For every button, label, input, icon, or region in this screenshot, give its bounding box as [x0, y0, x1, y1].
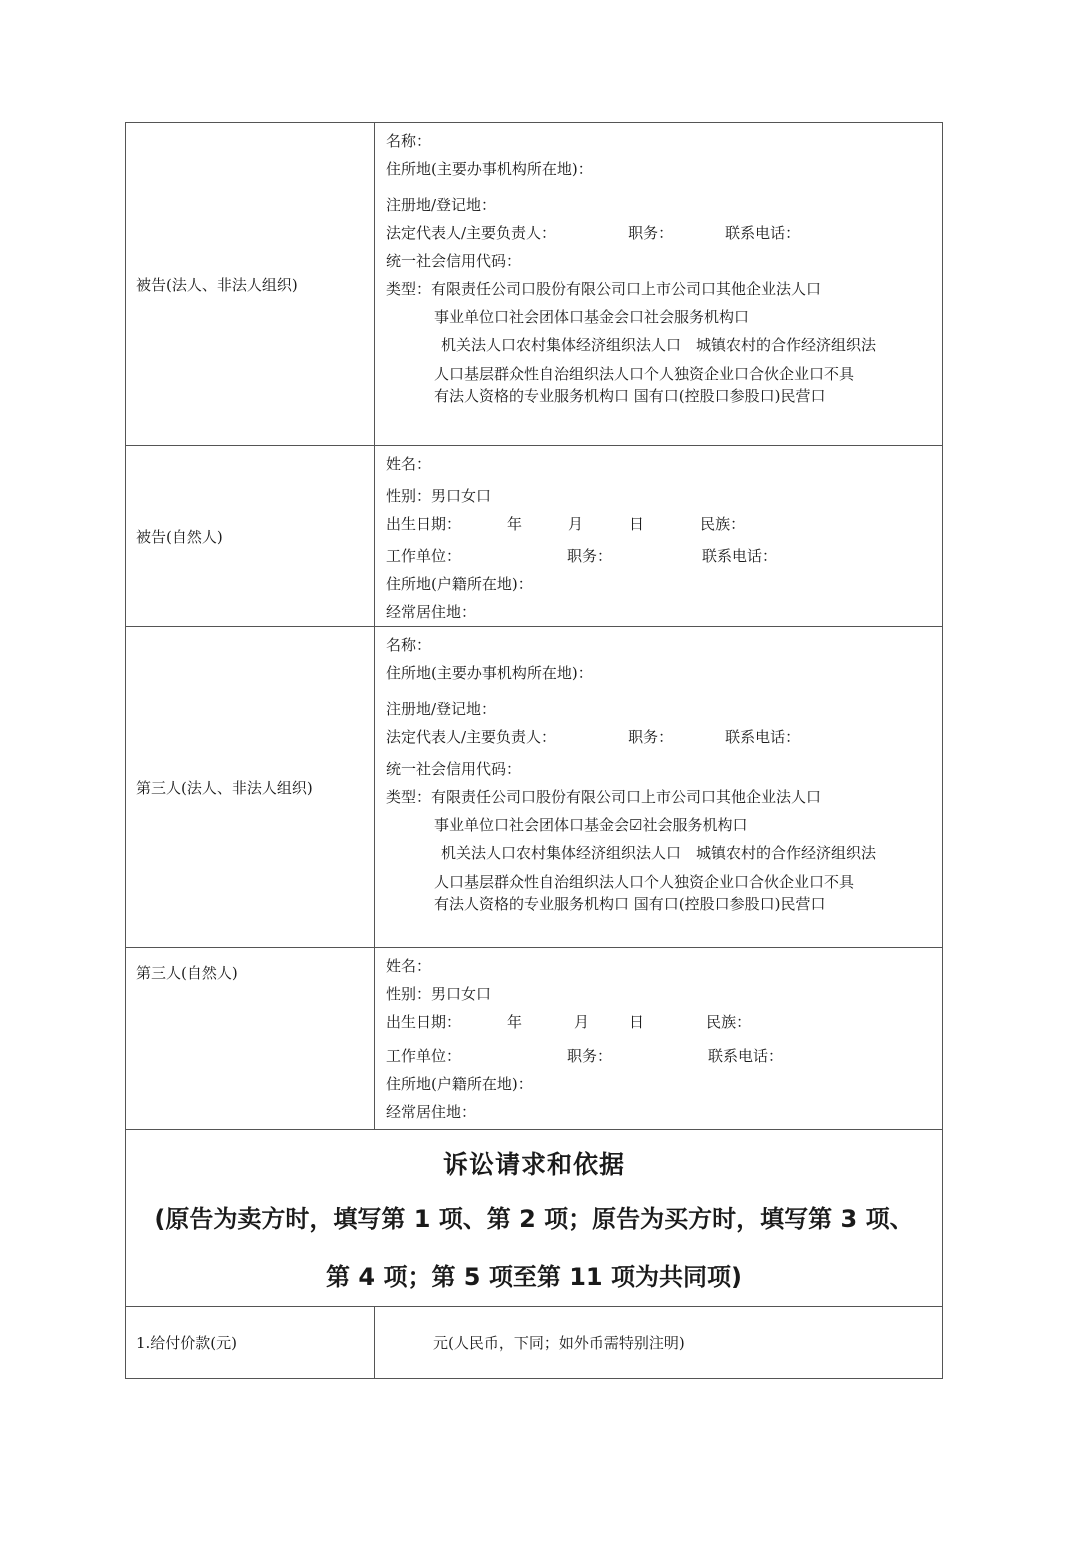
day-label: 日: [629, 515, 644, 533]
domicile-field[interactable]: 住所地(户籍所在地)：: [386, 570, 942, 598]
birth-line: 出生日期：年月日民族：: [386, 1008, 942, 1042]
type-line-3[interactable]: 机关法人口农村集体经济组织法人口 城镇农村的合作经济组织法: [386, 331, 942, 359]
birth-line: 出生日期：年月日民族：: [386, 510, 942, 542]
defendant-org-label: 被告(法人、非法人组织): [126, 123, 375, 446]
ethnicity-field[interactable]: 民族：: [700, 515, 745, 533]
type-line-3[interactable]: 机关法人口农村集体经济组织法人口 城镇农村的合作经济组织法: [386, 839, 942, 867]
credit-code-field[interactable]: 统一社会信用代码：: [386, 755, 942, 783]
claims-heading-cell: 诉讼请求和依据 (原告为卖方时，填写第 1 项、第 2 项；原告为买方时，填写第…: [126, 1130, 943, 1307]
legal-rep-line: 法定代表人/主要负责人：职务：联系电话：: [386, 219, 942, 247]
birth-field[interactable]: 出生日期：: [386, 1013, 461, 1031]
day-label: 日: [629, 1013, 644, 1031]
type-line-2[interactable]: 事业单位口社会团体口基金会口社会服务机构口: [386, 303, 942, 331]
item-1-label: 1.给付价款(元): [126, 1307, 375, 1379]
type-line-2-part-b[interactable]: 社会服务机构口: [642, 816, 747, 834]
third-person-row: 第三人(自然人) 姓名： 性别：男口女口 出生日期：年月日民族： 工作单位：职务…: [126, 948, 943, 1130]
defendant-org-row: 被告(法人、非法人组织) 名称： 住所地(主要办事机构所在地)： 注册地/登记地…: [126, 123, 943, 446]
defendant-person-label: 被告(自然人): [126, 446, 375, 627]
third-org-label: 第三人(法人、非法人组织): [126, 627, 375, 948]
social-service-checkbox-checked-icon[interactable]: ☑: [629, 816, 642, 834]
employer-line: 工作单位：职务：联系电话：: [386, 1042, 942, 1070]
month-label: 月: [574, 1013, 589, 1031]
name-field[interactable]: 名称：: [386, 127, 942, 155]
registration-field[interactable]: 注册地/登记地：: [386, 191, 942, 219]
defendant-person-fields: 姓名： 性别：男口女口 出生日期：年月日民族： 工作单位：职务：联系电话： 住所…: [375, 446, 943, 627]
item-1-row: 1.给付价款(元) 元(人民币，下同；如外币需特别注明): [126, 1307, 943, 1379]
year-label: 年: [507, 1013, 522, 1031]
year-label: 年: [507, 515, 522, 533]
claims-subtitle-line-1: (原告为卖方时，填写第 1 项、第 2 项；原告为买方时，填写第 3 项、: [126, 1190, 942, 1248]
type-line-5[interactable]: 有法人资格的专业服务机构口 国有口(控股口参股口)民营口: [386, 893, 942, 915]
claims-title: 诉讼请求和依据: [126, 1130, 942, 1190]
phone-field[interactable]: 联系电话：: [725, 224, 800, 242]
gender-field[interactable]: 性别：男口女口: [386, 980, 942, 1008]
position-field[interactable]: 职务：: [628, 224, 673, 242]
claims-heading-row: 诉讼请求和依据 (原告为卖方时，填写第 1 项、第 2 项；原告为买方时，填写第…: [126, 1130, 943, 1307]
phone-field[interactable]: 联系电话：: [725, 728, 800, 746]
domicile-field[interactable]: 住所地(主要办事机构所在地)：: [386, 155, 942, 191]
employer-field[interactable]: 工作单位：: [386, 547, 461, 565]
third-org-row: 第三人(法人、非法人组织) 名称： 住所地(主要办事机构所在地)： 注册地/登记…: [126, 627, 943, 948]
type-line-4[interactable]: 人口基层群众性自治组织法人口个人独资企业口合伙企业口不具: [386, 871, 942, 893]
residence-field[interactable]: 经常居住地：: [386, 1098, 942, 1126]
gender-field[interactable]: 性别：男口女口: [386, 482, 942, 510]
registration-field[interactable]: 注册地/登记地：: [386, 695, 942, 723]
type-line-2-part-a[interactable]: 事业单位口社会团体口基金会: [434, 816, 629, 834]
position-field[interactable]: 职务：: [628, 728, 673, 746]
name-field[interactable]: 姓名：: [386, 450, 942, 482]
name-field[interactable]: 名称：: [386, 631, 942, 659]
residence-field[interactable]: 经常居住地：: [386, 598, 942, 626]
domicile-field[interactable]: 住所地(户籍所在地)：: [386, 1070, 942, 1098]
domicile-field[interactable]: 住所地(主要办事机构所在地)：: [386, 659, 942, 695]
type-line-4[interactable]: 人口基层群众性自治组织法人口个人独资企业口合伙企业口不具: [386, 363, 942, 385]
type-line-1[interactable]: 类型：有限责任公司口股份有限公司口上市公司口其他企业法人口: [386, 275, 942, 303]
item-1-value-field[interactable]: 元(人民币，下同；如外币需特别注明): [375, 1307, 943, 1379]
type-line-2: 事业单位口社会团体口基金会☑社会服务机构口: [386, 811, 942, 839]
position-field[interactable]: 职务：: [567, 547, 612, 565]
phone-field[interactable]: 联系电话：: [708, 1047, 783, 1065]
employer-field[interactable]: 工作单位：: [386, 1047, 461, 1065]
legal-rep-line: 法定代表人/主要负责人：职务：联系电话：: [386, 723, 942, 755]
ethnicity-field[interactable]: 民族：: [706, 1013, 751, 1031]
type-line-5[interactable]: 有法人资格的专业服务机构口 国有口(控股口参股口)民营口: [386, 385, 942, 407]
name-field[interactable]: 姓名：: [386, 952, 942, 980]
birth-field[interactable]: 出生日期：: [386, 515, 461, 533]
type-line-1[interactable]: 类型：有限责任公司口股份有限公司口上市公司口其他企业法人口: [386, 783, 942, 811]
defendant-person-row: 被告(自然人) 姓名： 性别：男口女口 出生日期：年月日民族： 工作单位：职务：…: [126, 446, 943, 627]
third-person-fields: 姓名： 性别：男口女口 出生日期：年月日民族： 工作单位：职务：联系电话： 住所…: [375, 948, 943, 1130]
credit-code-field[interactable]: 统一社会信用代码：: [386, 247, 942, 275]
defendant-org-fields: 名称： 住所地(主要办事机构所在地)： 注册地/登记地： 法定代表人/主要负责人…: [375, 123, 943, 446]
employer-line: 工作单位：职务：联系电话：: [386, 542, 942, 570]
complaint-form-table: 被告(法人、非法人组织) 名称： 住所地(主要办事机构所在地)： 注册地/登记地…: [125, 122, 943, 1379]
legal-rep-field[interactable]: 法定代表人/主要负责人：: [386, 224, 556, 242]
legal-rep-field[interactable]: 法定代表人/主要负责人：: [386, 728, 556, 746]
position-field[interactable]: 职务：: [567, 1047, 612, 1065]
third-org-fields: 名称： 住所地(主要办事机构所在地)： 注册地/登记地： 法定代表人/主要负责人…: [375, 627, 943, 948]
claims-subtitle-line-2: 第 4 项；第 5 项至第 11 项为共同项): [126, 1248, 942, 1306]
phone-field[interactable]: 联系电话：: [702, 547, 777, 565]
month-label: 月: [568, 515, 583, 533]
third-person-label: 第三人(自然人): [126, 948, 375, 1130]
